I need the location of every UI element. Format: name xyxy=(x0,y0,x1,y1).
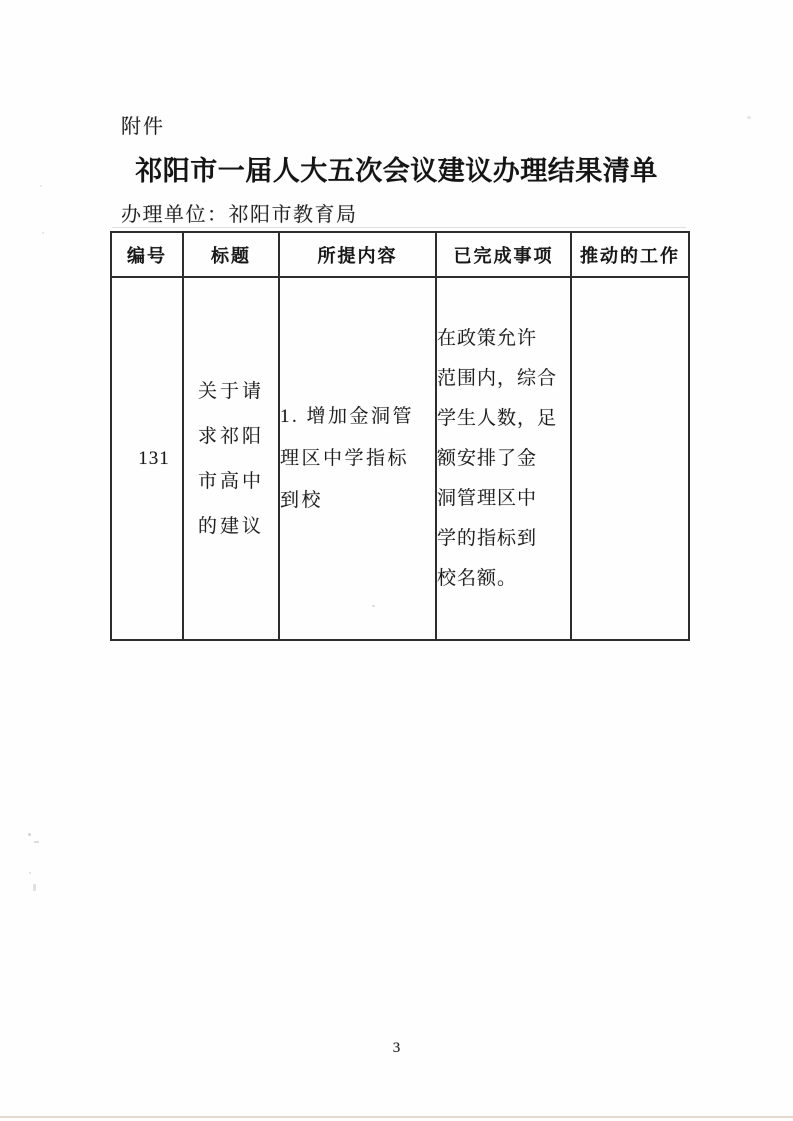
cell-proposed-content: 1. 增加金洞管 理区中学指标 到校 xyxy=(279,277,436,640)
table-row: 131 关于请 求祁阳 市高中 的建议 1. 增加金洞管 理区中学指标 到校 在… xyxy=(111,277,689,640)
scanner-edge-shadow xyxy=(0,1116,793,1118)
scan-speck xyxy=(34,841,39,843)
column-header-promoted: 推动的工作 xyxy=(571,232,689,277)
cell-promoted-work xyxy=(571,277,689,640)
document-page: 附件 祁阳市一届人大五次会议建议办理结果清单 办理单位：祁阳市教育局 编号 标题… xyxy=(0,0,793,1121)
scan-speck xyxy=(747,116,751,119)
scan-speck xyxy=(33,884,36,891)
table-header-row: 编号 标题 所提内容 已完成事项 推动的工作 xyxy=(111,232,689,277)
column-header-number: 编号 xyxy=(111,232,183,277)
document-title: 祁阳市一届人大五次会议建议办理结果清单 xyxy=(0,149,793,188)
column-header-title: 标题 xyxy=(183,232,279,277)
cell-completed-items: 在政策允许 范围内，综合 学生人数，足 额安排了金 洞管理区中 学的指标到 校名… xyxy=(436,277,571,640)
scan-speck xyxy=(29,872,31,874)
scan-ghost-line xyxy=(112,227,686,228)
handling-unit-label: 办理单位：祁阳市教育局 xyxy=(121,198,358,227)
results-table: 编号 标题 所提内容 已完成事项 推动的工作 131 关于请 求祁阳 市高中 的… xyxy=(110,231,690,641)
results-table-container: 编号 标题 所提内容 已完成事项 推动的工作 131 关于请 求祁阳 市高中 的… xyxy=(110,231,690,641)
scan-speck xyxy=(40,185,42,187)
cell-number: 131 xyxy=(111,277,183,640)
scan-speck xyxy=(372,605,375,607)
column-header-content: 所提内容 xyxy=(279,232,436,277)
page-number: 3 xyxy=(0,1040,793,1057)
attachment-label: 附件 xyxy=(121,110,165,139)
scan-speck xyxy=(28,833,31,836)
cell-title: 关于请 求祁阳 市高中 的建议 xyxy=(183,277,279,640)
scan-speck xyxy=(42,232,44,234)
column-header-completed: 已完成事项 xyxy=(436,232,571,277)
